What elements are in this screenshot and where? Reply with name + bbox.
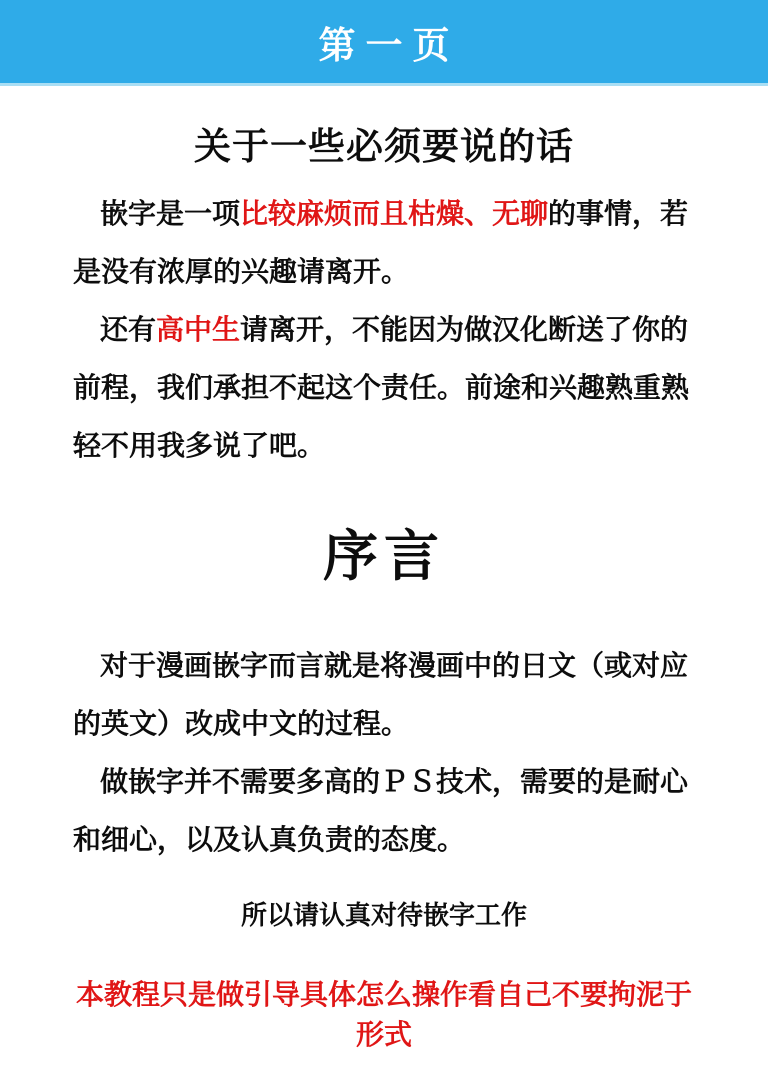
preface-paragraph-1: 对于漫画嵌字而言就是将漫画中的日文（或对应的英文）改成中文的过程。	[73, 637, 695, 753]
highlighted-text: 比较麻烦而且枯燥、无聊	[240, 198, 548, 229]
document-page: 第一页 关于一些必须要说的话 嵌字是一项比较麻烦而且枯燥、无聊的事情，若是没有浓…	[0, 0, 768, 1086]
text-segment: 嵌字是一项	[100, 198, 240, 229]
page-header-bar: 第一页	[0, 0, 768, 86]
preface-paragraph-2: 做嵌字并不需要多高的ＰＳ技术，需要的是耐心和细心，以及认真负责的态度。	[73, 753, 695, 869]
warning-note: 本教程只是做引导具体怎么操作看自己不要拘泥于形式	[73, 975, 695, 1055]
page-content: 关于一些必须要说的话 嵌字是一项比较麻烦而且枯燥、无聊的事情，若是没有浓厚的兴趣…	[0, 125, 768, 1055]
closing-line: 所以请认真对待嵌字工作	[73, 895, 695, 935]
page-number-title: 第一页	[319, 15, 460, 69]
intro-paragraph-1: 嵌字是一项比较麻烦而且枯燥、无聊的事情，若是没有浓厚的兴趣请离开。	[73, 185, 695, 301]
preface-title: 序言	[73, 525, 695, 587]
section-title: 关于一些必须要说的话	[73, 125, 695, 169]
text-segment: 还有	[100, 314, 156, 345]
intro-paragraph-2: 还有高中生请离开，不能因为做汉化断送了你的前程，我们承担不起这个责任。前途和兴趣…	[73, 301, 695, 475]
highlighted-text: 高中生	[156, 314, 240, 345]
